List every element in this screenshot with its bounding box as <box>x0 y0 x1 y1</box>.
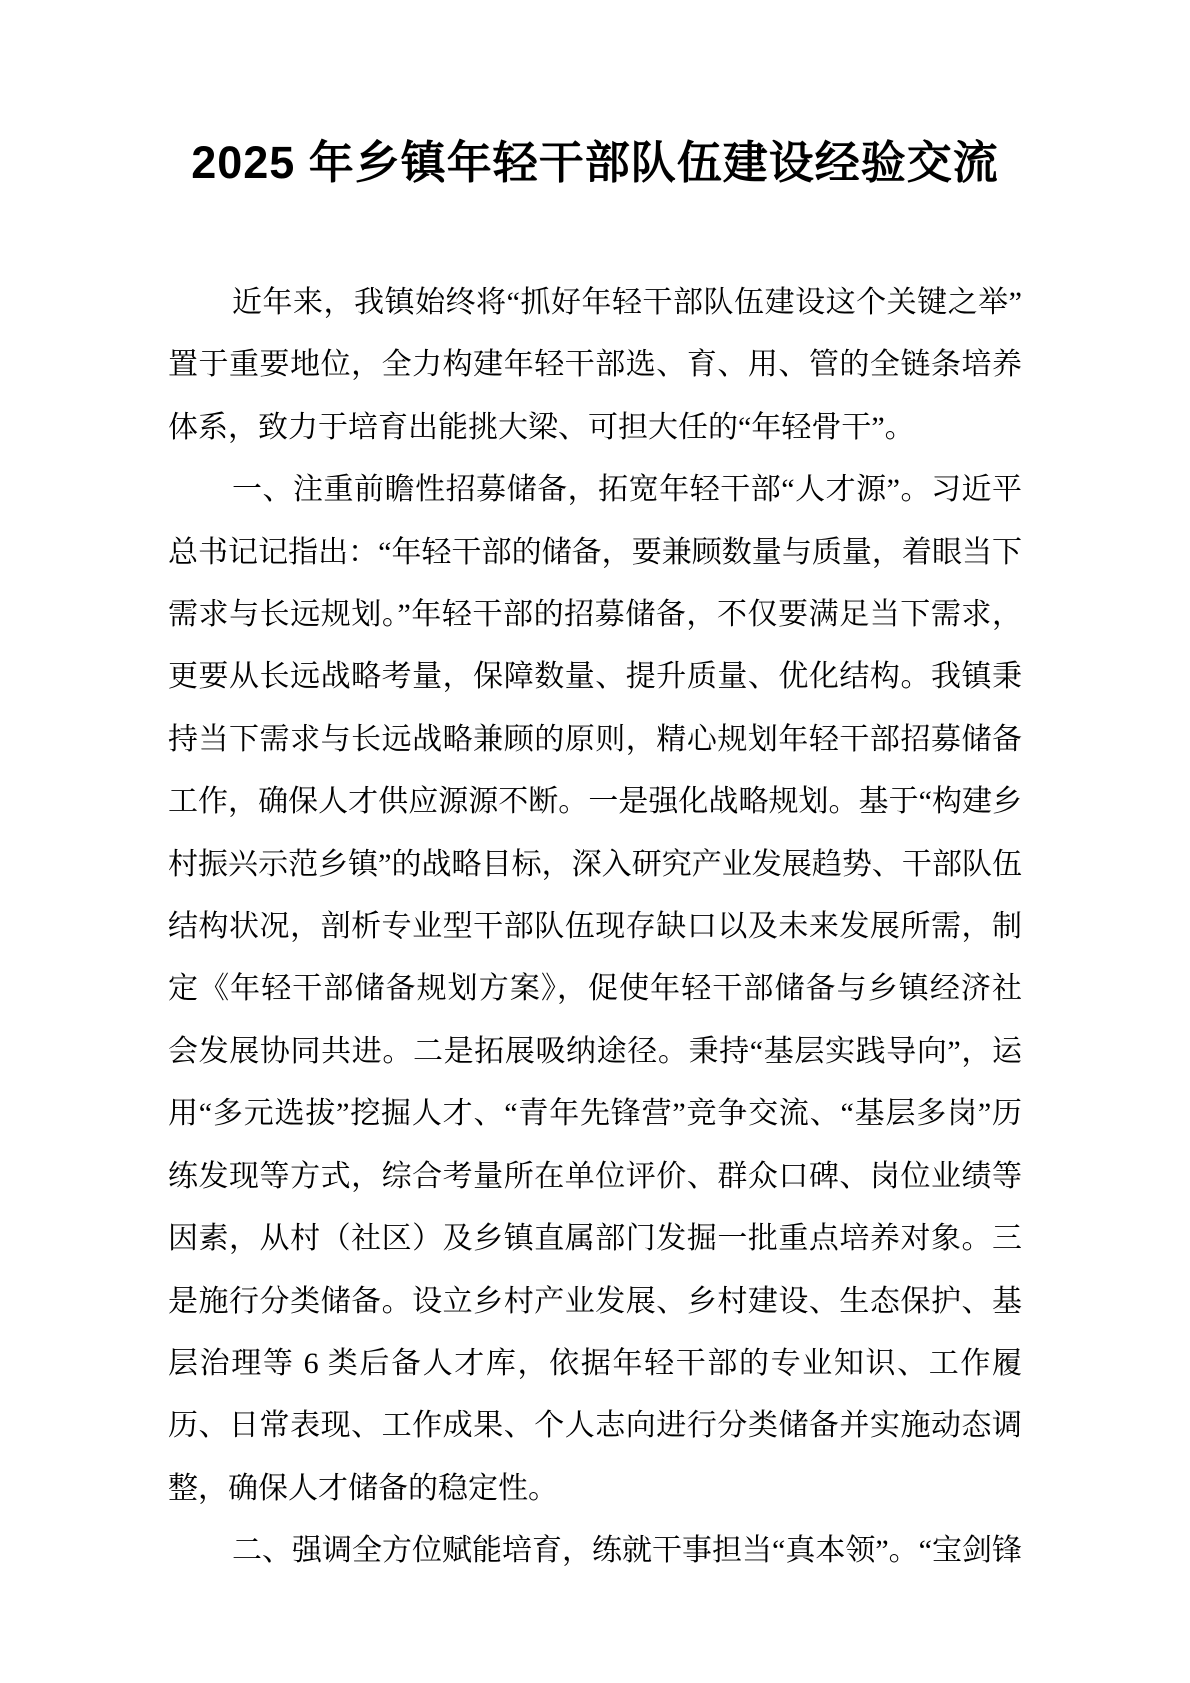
paragraph-intro: 近年来，我镇始终将“抓好年轻干部队伍建设这个关键之举”置于重要地位，全力构建年轻… <box>168 272 1022 459</box>
paragraph-section-1: 一、注重前瞻性招募储备，拓宽年轻干部“人才源”。习近平总书记记指出：“年轻干部的… <box>168 459 1022 1520</box>
document-title: 2025 年乡镇年轻干部队伍建设经验交流 <box>168 132 1022 194</box>
document-page: 2025 年乡镇年轻干部队伍建设经验交流 近年来，我镇始终将“抓好年轻干部队伍建… <box>0 0 1190 1683</box>
paragraph-section-2-start: 二、强调全方位赋能培育，练就干事担当“真本领”。“宝剑锋 <box>168 1520 1022 1582</box>
document-body: 近年来，我镇始终将“抓好年轻干部队伍建设这个关键之举”置于重要地位，全力构建年轻… <box>168 272 1022 1583</box>
